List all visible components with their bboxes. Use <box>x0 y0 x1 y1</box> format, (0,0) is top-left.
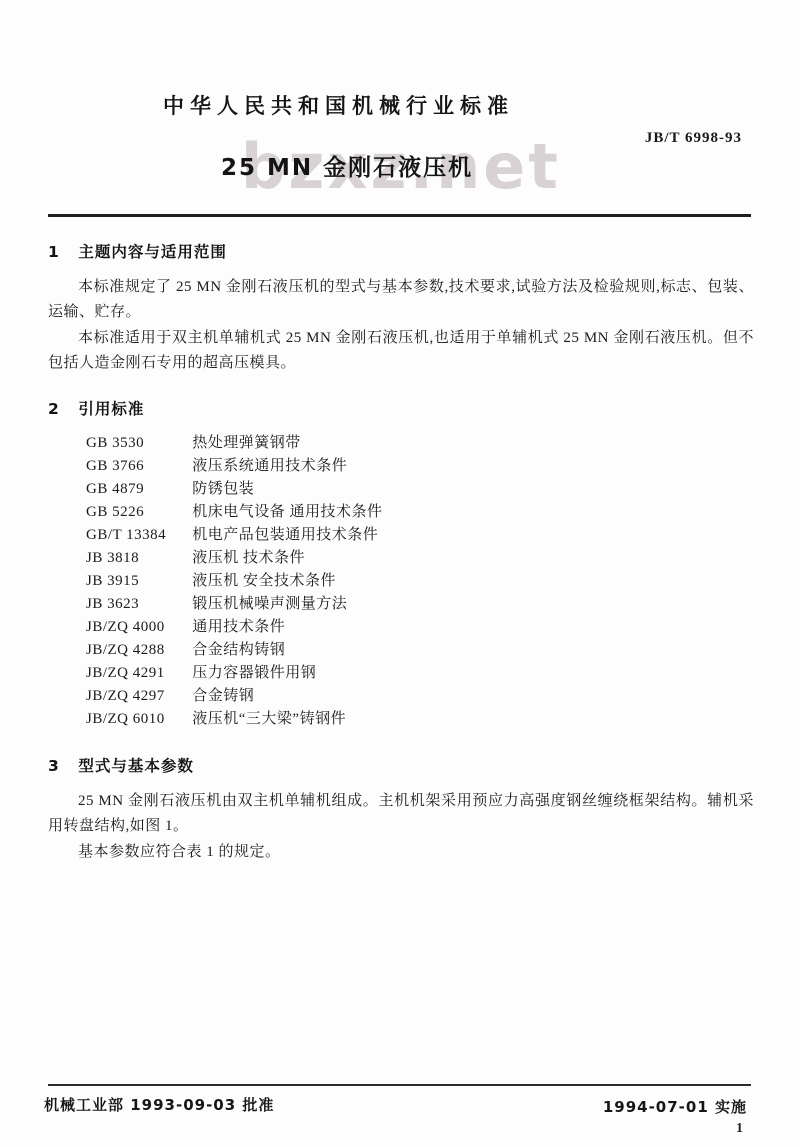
reference-code: GB 4879 <box>86 478 188 501</box>
reference-item: JB/ZQ 4000 通用技术条件 <box>86 616 754 639</box>
reference-title: 防锈包装 <box>192 478 254 501</box>
reference-item: JB 3915 液压机 安全技术条件 <box>86 570 754 593</box>
reference-item: JB 3623 锻压机械噪声测量方法 <box>86 593 754 616</box>
reference-item: GB 3766 液压系统通用技术条件 <box>86 455 754 478</box>
reference-code: JB 3623 <box>86 593 188 616</box>
reference-title: 液压机 安全技术条件 <box>192 570 336 593</box>
section1-title: 主题内容与适用范围 <box>78 243 227 261</box>
reference-code: GB/T 13384 <box>86 524 188 547</box>
reference-item: GB 4879 防锈包装 <box>86 478 754 501</box>
reference-code: GB 3766 <box>86 455 188 478</box>
section3-paragraph-1: 25 MN 金刚石液压机由双主机单辅机组成。主机机架采用预应力高强度钢丝缠绕框架… <box>48 789 754 839</box>
implementation-note: 1994-07-01 实施 <box>603 1096 747 1117</box>
reference-standards-list: GB 3530 热处理弹簧钢带 GB 3766 液压系统通用技术条件 GB 48… <box>86 432 754 731</box>
reference-code: JB 3915 <box>86 570 188 593</box>
reference-title: 合金铸钢 <box>192 685 254 708</box>
reference-code: JB/ZQ 6010 <box>86 708 188 731</box>
reference-title: 液压系统通用技术条件 <box>192 455 347 478</box>
reference-item: GB 3530 热处理弹簧钢带 <box>86 432 754 455</box>
reference-code: JB/ZQ 4288 <box>86 639 188 662</box>
reference-title: 液压机“三大梁”铸钢件 <box>192 708 346 731</box>
reference-item: JB/ZQ 4288 合金结构铸钢 <box>86 639 754 662</box>
reference-title: 热处理弹簧钢带 <box>192 432 301 455</box>
footer-divider <box>48 1084 751 1086</box>
section2-title: 引用标准 <box>78 400 144 418</box>
section1-paragraph-2: 本标准适用于双主机单辅机式 25 MN 金刚石液压机,也适用于单辅机式 25 M… <box>48 326 754 376</box>
section2-number: 2 <box>48 400 72 418</box>
reference-item: JB/ZQ 4297 合金铸钢 <box>86 685 754 708</box>
approval-note: 机械工业部 1993-09-03 批准 <box>44 1094 274 1115</box>
section3-title: 型式与基本参数 <box>78 757 194 775</box>
section1-paragraph-1: 本标准规定了 25 MN 金刚石液压机的型式与基本参数,技术要求,试验方法及检验… <box>48 275 754 325</box>
reference-title: 机床电气设备 通用技术条件 <box>192 501 382 524</box>
reference-item: JB/ZQ 4291 压力容器锻件用钢 <box>86 662 754 685</box>
standard-org-heading: 中华人民共和国机械行业标准 <box>163 90 514 120</box>
section3-paragraph-2: 基本参数应符合表 1 的规定。 <box>48 840 754 865</box>
section3-number: 3 <box>48 757 72 775</box>
reference-item: JB/ZQ 6010 液压机“三大梁”铸钢件 <box>86 708 754 731</box>
reference-title: 液压机 技术条件 <box>192 547 305 570</box>
standard-code: JB/T 6998-93 <box>645 130 742 147</box>
document-body: 1 主题内容与适用范围 本标准规定了 25 MN 金刚石液压机的型式与基本参数,… <box>48 240 754 865</box>
reference-item: GB/T 13384 机电产品包装通用技术条件 <box>86 524 754 547</box>
reference-code: JB/ZQ 4291 <box>86 662 188 685</box>
reference-code: GB 5226 <box>86 501 188 524</box>
reference-code: JB/ZQ 4297 <box>86 685 188 708</box>
section1-number: 1 <box>48 243 72 261</box>
reference-code: JB/ZQ 4000 <box>86 616 188 639</box>
reference-title: 机电产品包装通用技术条件 <box>192 524 378 547</box>
document-title: 25 MN 金刚石液压机 <box>221 149 473 182</box>
page-number: 1 <box>736 1121 743 1137</box>
reference-title: 合金结构铸钢 <box>192 639 285 662</box>
reference-title: 压力容器锻件用钢 <box>192 662 316 685</box>
reference-title: 锻压机械噪声测量方法 <box>192 593 347 616</box>
document-page: bzxz.net 中华人民共和国机械行业标准 JB/T 6998-93 25 M… <box>0 0 800 1147</box>
header-divider <box>48 214 751 217</box>
section1-heading: 1 主题内容与适用范围 <box>48 240 754 262</box>
section3-heading: 3 型式与基本参数 <box>48 754 754 776</box>
reference-code: GB 3530 <box>86 432 188 455</box>
reference-title: 通用技术条件 <box>192 616 285 639</box>
reference-item: JB 3818 液压机 技术条件 <box>86 547 754 570</box>
reference-code: JB 3818 <box>86 547 188 570</box>
reference-item: GB 5226 机床电气设备 通用技术条件 <box>86 501 754 524</box>
section2-heading: 2 引用标准 <box>48 397 754 419</box>
